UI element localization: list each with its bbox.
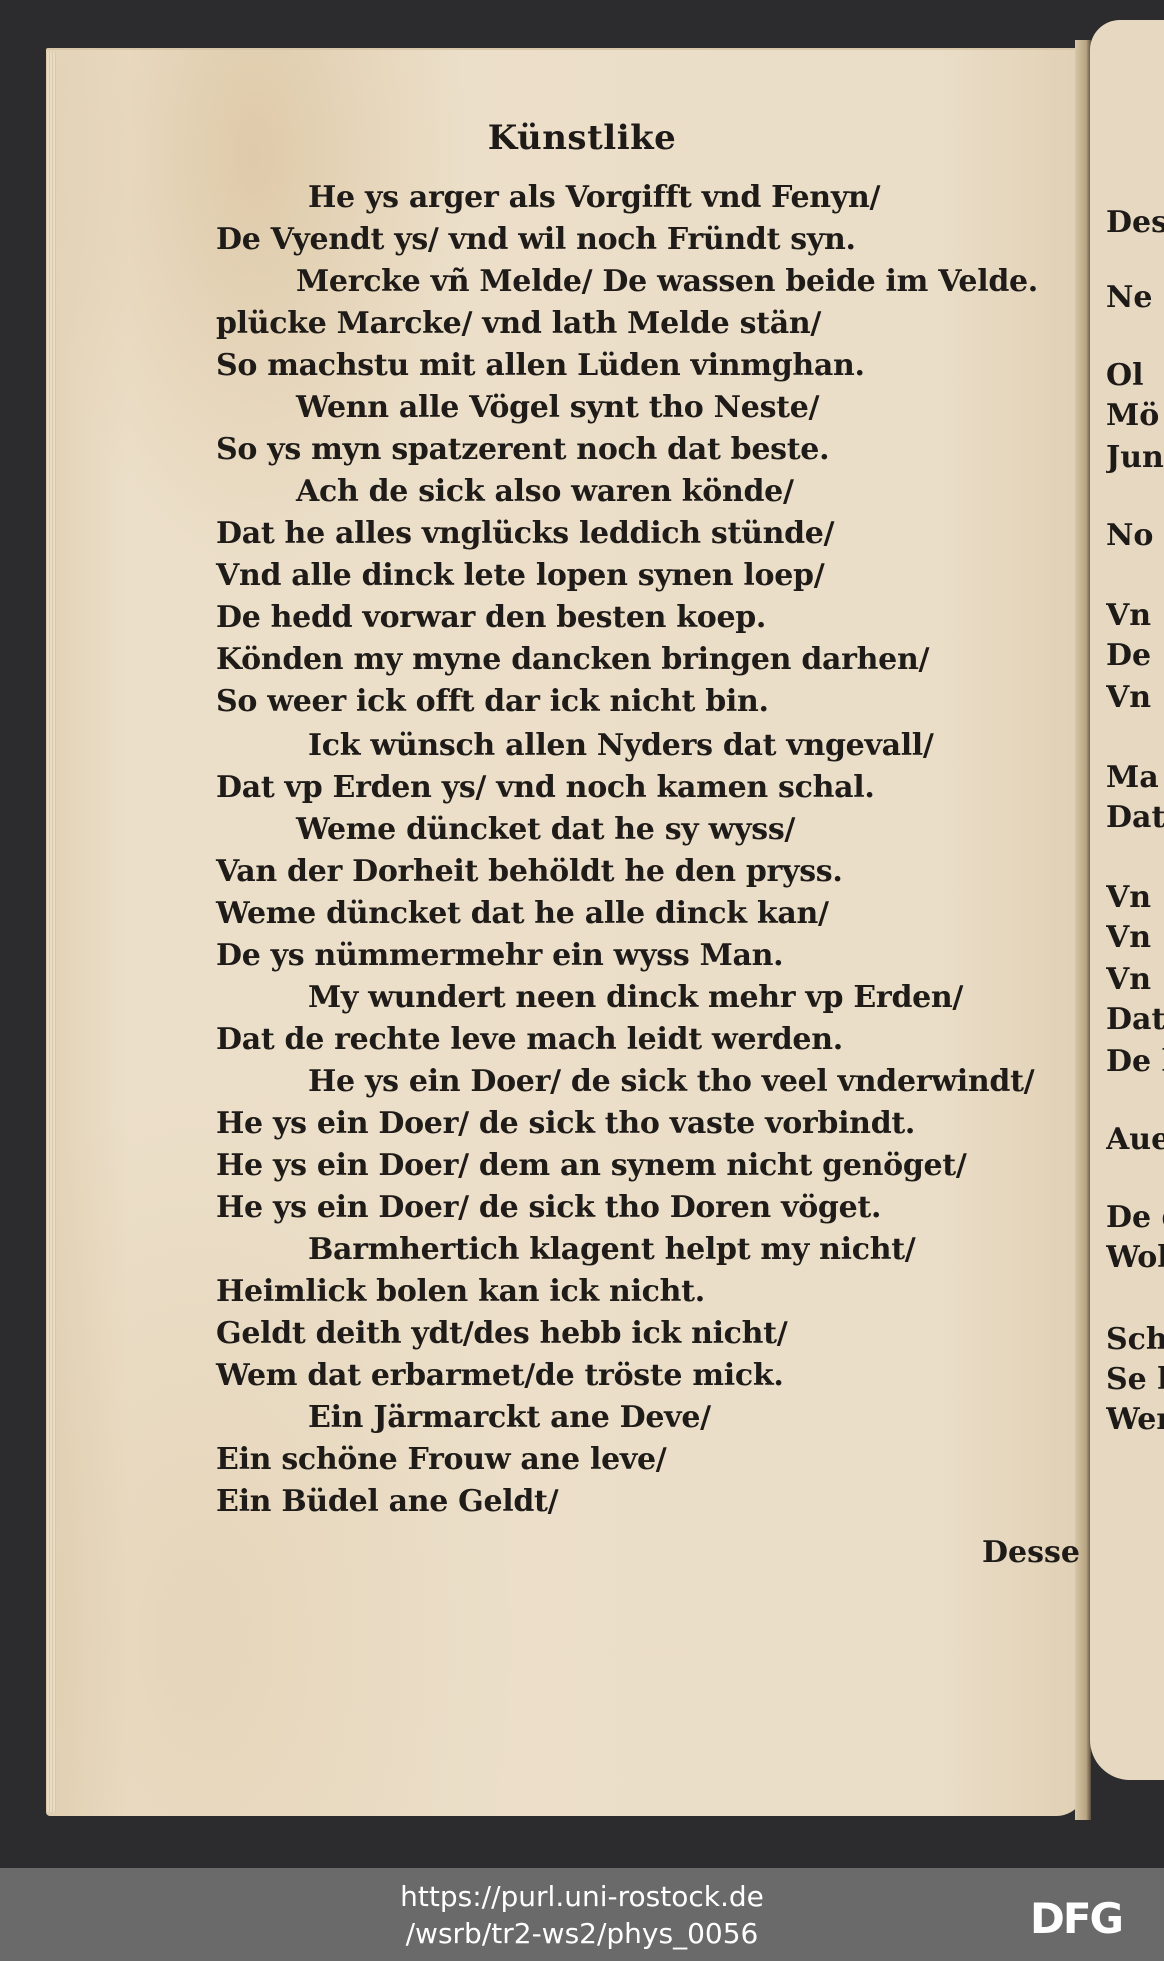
text-line: Weme düncket dat he sy wyss/	[296, 812, 795, 847]
text-line: Wenn alle Vögel synt tho Neste/	[296, 390, 819, 425]
text-line: Ein Büdel ane Geldt/	[216, 1484, 558, 1519]
text-line: Mercke vñ Melde/ De wassen beide im Veld…	[296, 264, 1038, 299]
text-line: He ys ein Doer/ de sick tho veel vnderwi…	[308, 1064, 1034, 1099]
text-line: Heimlick bolen kan ick nicht.	[216, 1274, 705, 1309]
text-line: Weme düncket dat he alle dinck kan/	[216, 896, 829, 931]
text-line: Könden my myne dancken bringen darhen/	[216, 642, 929, 677]
text-line: He ys arger als Vorgifft vnd Fenyn/	[308, 180, 880, 215]
footer-bar: https://purl.uni-rostock.de /wsrb/tr2-ws…	[0, 1868, 1164, 1961]
text-line: Geldt deith ydt/des hebb ick nicht/	[216, 1316, 787, 1351]
text-line: Ein schöne Frouw ane leve/	[216, 1442, 666, 1477]
text-line: plücke Marcke/ vnd lath Melde stän/	[216, 306, 821, 341]
page-text: Künstlike He ys arger als Vorgifft vnd F…	[0, 0, 1164, 1868]
text-line: Ach de sick also waren könde/	[296, 474, 794, 509]
text-line: He ys ein Doer/ de sick tho vaste vorbin…	[216, 1106, 915, 1141]
text-line: My wundert neen dinck mehr vp Erden/	[308, 980, 963, 1015]
text-line: Van der Dorheit behöldt he den pryss.	[216, 854, 843, 889]
text-line: So ys myn spatzerent noch dat beste.	[216, 432, 829, 467]
permalink-line-1[interactable]: https://purl.uni-rostock.de	[0, 1878, 1164, 1915]
permalink-line-2[interactable]: /wsrb/tr2-ws2/phys_0056	[0, 1915, 1164, 1952]
text-line: He ys ein Doer/ de sick tho Doren vöget.	[216, 1190, 881, 1225]
text-line: So weer ick offt dar ick nicht bin.	[216, 684, 769, 719]
running-head: Künstlike	[0, 118, 1164, 158]
text-line: So machstu mit allen Lüden vinmghan.	[216, 348, 865, 383]
text-line: De ys nümmermehr ein wyss Man.	[216, 938, 783, 973]
catchword: Desse	[982, 1535, 1080, 1570]
text-line: De Vyendt ys/ vnd wil noch Fründt syn.	[216, 222, 856, 257]
text-line: Vnd alle dinck lete lopen synen loep/	[216, 558, 824, 593]
text-line: He ys ein Doer/ dem an synem nicht genög…	[216, 1148, 967, 1183]
text-line: Ein Järmarckt ane Deve/	[308, 1400, 711, 1435]
text-line: Wem dat erbarmet/de tröste mick.	[216, 1358, 784, 1393]
text-line: Dat he alles vnglücks leddich stünde/	[216, 516, 834, 551]
text-line: Dat de rechte leve mach leidt werden.	[216, 1022, 843, 1057]
dfg-logo-icon: DFG	[1030, 1894, 1122, 1943]
text-line: Ick wünsch allen Nyders dat vngevall/	[308, 728, 934, 763]
text-line: Barmhertich klagent helpt my nicht/	[308, 1232, 915, 1267]
text-line: De hedd vorwar den besten koep.	[216, 600, 766, 635]
text-line: Dat vp Erden ys/ vnd noch kamen schal.	[216, 770, 875, 805]
permalink[interactable]: https://purl.uni-rostock.de /wsrb/tr2-ws…	[0, 1878, 1164, 1952]
